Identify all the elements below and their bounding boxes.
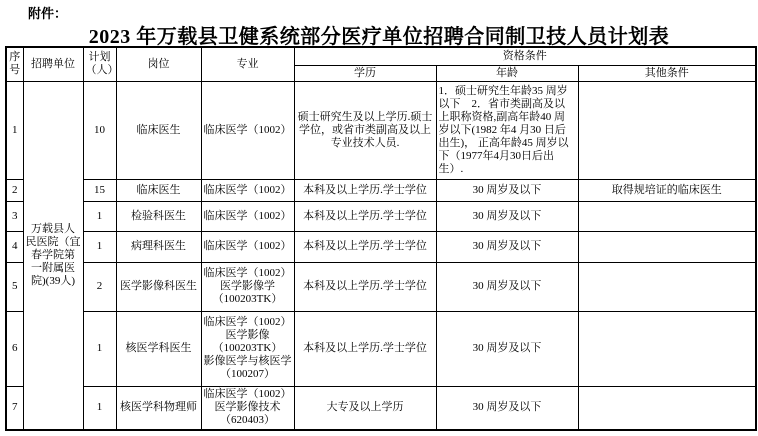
cell-post: 临床医生 [116, 81, 201, 179]
cell-age: 30 周岁及以下 [436, 311, 578, 386]
cell-plan: 1 [83, 201, 116, 231]
cell-age: 30 周岁及以下 [436, 262, 578, 311]
header-row-1: 序 号 招聘单位 计划 （人） 岗位 专业 资格条件 [6, 47, 756, 65]
cell-education: 本科及以上学历.学士学位 [294, 201, 436, 231]
cell-post: 检验科医生 [116, 201, 201, 231]
cell-other [578, 262, 756, 311]
col-header-qualification: 资格条件 [294, 47, 756, 65]
cell-other [578, 201, 756, 231]
cell-education: 大专及以上学历 [294, 386, 436, 430]
cell-major: 临床医学（1002） 医学影像学 （100203TK） [201, 262, 294, 311]
cell-other [578, 231, 756, 262]
cell-other: 取得规培证的临床医生 [578, 179, 756, 201]
cell-age: 30 周岁及以下 [436, 201, 578, 231]
cell-age: 30 周岁及以下 [436, 179, 578, 201]
cell-other [578, 386, 756, 430]
cell-major: 临床医学（1002） 医学影像 （100203TK） 影像医学与核医学 （100… [201, 311, 294, 386]
cell-serial: 7 [6, 386, 23, 430]
cell-serial: 2 [6, 179, 23, 201]
table-row: 5 2 医学影像科医生 临床医学（1002） 医学影像学 （100203TK） … [6, 262, 756, 311]
cell-education: 本科及以上学历.学士学位 [294, 262, 436, 311]
col-header-education: 学历 [294, 65, 436, 81]
cell-major: 临床医学（1002） [201, 179, 294, 201]
cell-major: 临床医学（1002） [201, 81, 294, 179]
table-row: 7 1 核医学科物理师 临床医学（1002） 医学影像技术 （620403） 大… [6, 386, 756, 430]
table-row: 2 15 临床医生 临床医学（1002） 本科及以上学历.学士学位 30 周岁及… [6, 179, 756, 201]
cell-post: 核医学科医生 [116, 311, 201, 386]
cell-post: 核医学科物理师 [116, 386, 201, 430]
cell-plan: 2 [83, 262, 116, 311]
cell-age: 1．硕士研究生年龄35 周岁以下 2．省市类副高及以上职称资格,副高年龄40 周… [436, 81, 578, 179]
cell-serial: 4 [6, 231, 23, 262]
cell-major: 临床医学（1002） [201, 231, 294, 262]
cell-recruiting-unit: 万载县人 民医院（宜 春学院第 一附属医 院)(39人) [23, 81, 83, 430]
cell-major: 临床医学（1002） 医学影像技术 （620403） [201, 386, 294, 430]
col-header-plan: 计划 （人） [83, 47, 116, 81]
cell-plan: 10 [83, 81, 116, 179]
cell-post: 临床医生 [116, 179, 201, 201]
cell-post: 医学影像科医生 [116, 262, 201, 311]
cell-major: 临床医学（1002） [201, 201, 294, 231]
cell-post: 病理科医生 [116, 231, 201, 262]
cell-other [578, 81, 756, 179]
cell-plan: 1 [83, 386, 116, 430]
col-header-serial: 序 号 [6, 47, 23, 81]
cell-education: 本科及以上学历.学士学位 [294, 231, 436, 262]
col-header-age: 年龄 [436, 65, 578, 81]
cell-education: 本科及以上学历.学士学位 [294, 179, 436, 201]
recruitment-plan-table: 序 号 招聘单位 计划 （人） 岗位 专业 资格条件 学历 年龄 其他条件 1 … [5, 46, 757, 431]
col-header-other: 其他条件 [578, 65, 756, 81]
cell-plan: 1 [83, 231, 116, 262]
cell-serial: 3 [6, 201, 23, 231]
cell-age: 30 周岁及以下 [436, 386, 578, 430]
cell-serial: 1 [6, 81, 23, 179]
cell-other [578, 311, 756, 386]
cell-plan: 15 [83, 179, 116, 201]
table-row: 3 1 检验科医生 临床医学（1002） 本科及以上学历.学士学位 30 周岁及… [6, 201, 756, 231]
cell-age: 30 周岁及以下 [436, 231, 578, 262]
col-header-post: 岗位 [116, 47, 201, 81]
page-title: 2023 年万载县卫健系统部分医疗单位招聘合同制卫技人员计划表 [0, 20, 758, 49]
cell-serial: 6 [6, 311, 23, 386]
table-row: 1 万载县人 民医院（宜 春学院第 一附属医 院)(39人) 10 临床医生 临… [6, 81, 756, 179]
table-row: 6 1 核医学科医生 临床医学（1002） 医学影像 （100203TK） 影像… [6, 311, 756, 386]
cell-education: 本科及以上学历.学士学位 [294, 311, 436, 386]
table-row: 4 1 病理科医生 临床医学（1002） 本科及以上学历.学士学位 30 周岁及… [6, 231, 756, 262]
cell-serial: 5 [6, 262, 23, 311]
col-header-major: 专业 [201, 47, 294, 81]
col-header-unit: 招聘单位 [23, 47, 83, 81]
cell-plan: 1 [83, 311, 116, 386]
cell-education: 硕士研究生及以上学历.硕士学位，或省市类副高及以上专业技术人员. [294, 81, 436, 179]
